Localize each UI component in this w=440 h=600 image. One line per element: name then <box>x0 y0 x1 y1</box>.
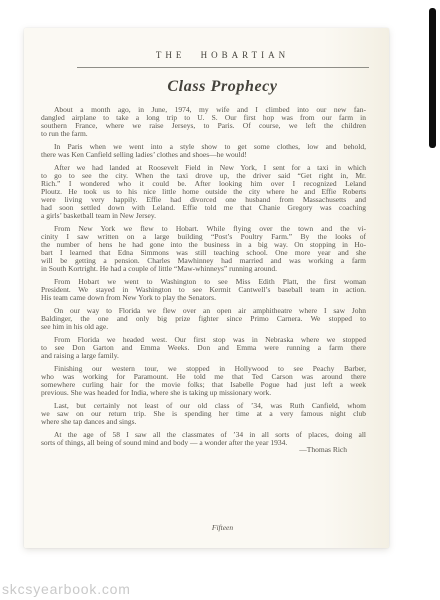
text-line: and raising a large family. <box>41 352 366 360</box>
paragraph: About a month ago, in June, 1974, my wif… <box>41 106 366 138</box>
header-rule <box>77 67 369 68</box>
text-line: southern France, where we raise Jerseys,… <box>41 122 366 130</box>
text-line: previous. She was headed for India, wher… <box>41 389 366 397</box>
running-header: THE HOBARTIAN <box>76 50 369 60</box>
text-line: where she tap dances and sings. <box>41 418 366 426</box>
page-number: Fifteen <box>76 523 369 532</box>
text-line: see him in his old age. <box>41 323 366 331</box>
scrollbar-thumb[interactable] <box>429 8 436 148</box>
text-line: in South Kortright. He had a couple of l… <box>41 265 366 273</box>
yearbook-page: THE HOBARTIAN Class Prophecy About a mon… <box>24 28 389 548</box>
text-line: there was Ken Canfield selling ladies’ c… <box>41 151 366 159</box>
page-title: Class Prophecy <box>76 78 369 96</box>
watermark: skcsyearbook.com <box>2 581 131 597</box>
text-line: His team came down from New York to play… <box>41 294 366 302</box>
document-viewport: THE HOBARTIAN Class Prophecy About a mon… <box>0 0 440 600</box>
paragraph: Last, but certainly not least of our old… <box>41 402 366 426</box>
paragraph: After we had landed at Roosevelt Field i… <box>41 164 366 220</box>
prophecy-paragraphs: About a month ago, in June, 1974, my wif… <box>41 106 366 452</box>
paragraph: From Hobart we went to Washington to see… <box>41 278 366 302</box>
paragraph: From Florida we headed west. Our first s… <box>41 336 366 360</box>
paragraph: From New York we flew to Hobart. While f… <box>41 225 366 273</box>
paragraph: In Paris when we went into a style show … <box>41 143 366 159</box>
paragraph: On our way to Florida we flew over an op… <box>41 307 366 331</box>
signature: —Thomas Rich <box>41 445 347 454</box>
text-line: to run the farm. <box>41 130 366 138</box>
text-line: a girls’ basketball team in New Jersey. <box>41 212 366 220</box>
paragraph: Finishing our western tour, we stopped i… <box>41 365 366 397</box>
